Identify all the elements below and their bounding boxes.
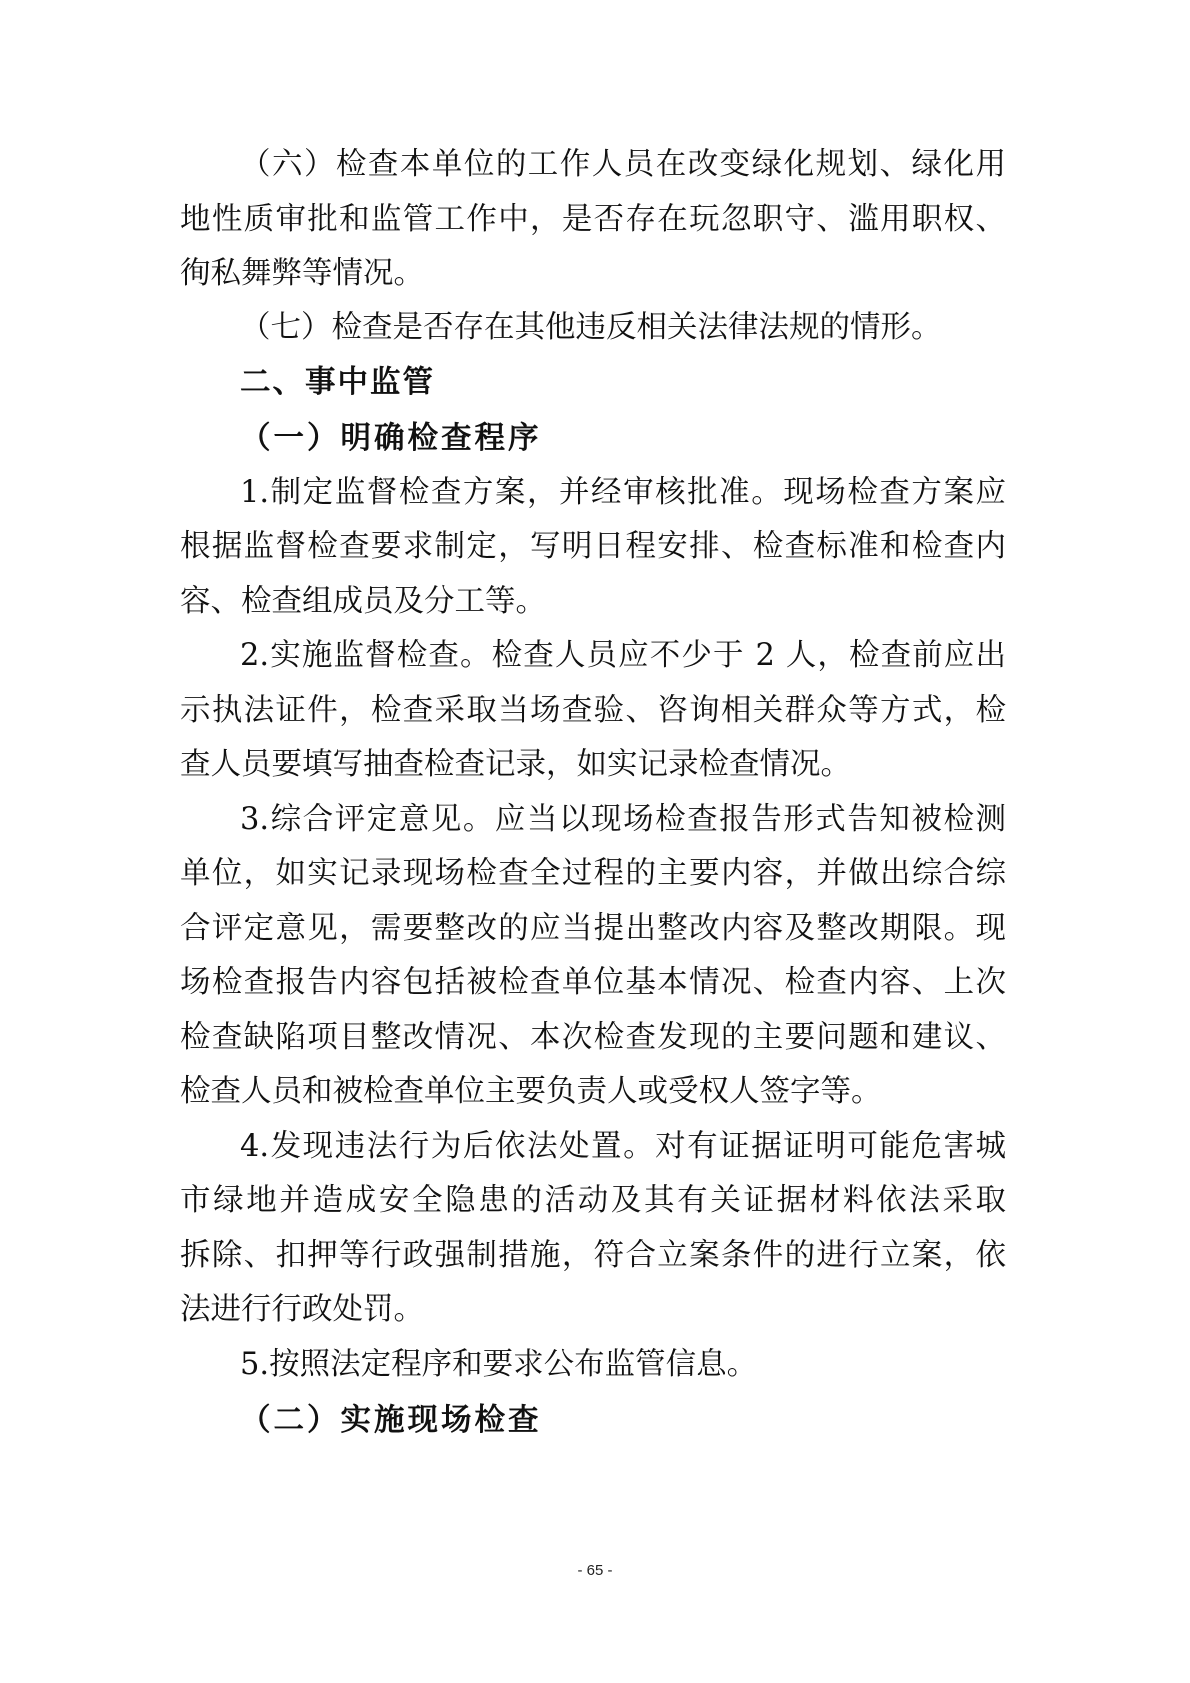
subsection-heading-2: （二）实施现场检查	[240, 1392, 1006, 1448]
subsection-heading-1: （一）明确检查程序	[240, 410, 1006, 466]
page-number: - 65 -	[0, 1562, 1190, 1579]
step-3-line-4: 场检查报告内容包括被检查单位基本情况、检查内容、上次	[180, 955, 1006, 1011]
step-4-line-2: 市绿地并造成安全隐患的活动及其有关证据材料依法采取	[180, 1173, 1006, 1229]
step-3-line-6: 检查人员和被检查单位主要负责人或受权人签字等。	[180, 1064, 1006, 1120]
step-4-line-3: 拆除、扣押等行政强制措施，符合立案条件的进行立案，依	[180, 1228, 1006, 1284]
step-1-line-2: 根据监督检查要求制定，写明日程安排、检查标准和检查内	[180, 519, 1006, 575]
step-2-line-2: 示执法证件，检查采取当场查验、咨询相关群众等方式，检	[180, 683, 1006, 739]
step-3-line-5: 检查缺陷项目整改情况、本次检查发现的主要问题和建议、	[180, 1010, 1006, 1066]
paragraph-item-6-line-3: 徇私舞弊等情况。	[180, 246, 1006, 302]
step-3-line-3: 合评定意见，需要整改的应当提出整改内容及整改期限。现	[180, 901, 1006, 957]
step-2-line-1: 2.实施监督检查。检查人员应不少于 2 人，检查前应出	[240, 628, 1006, 684]
paragraph-item-6-line-2: 地性质审批和监管工作中，是否存在玩忽职守、滥用职权、	[180, 192, 1006, 248]
document-page: （六）检查本单位的工作人员在改变绿化规划、绿化用 地性质审批和监管工作中，是否存…	[0, 0, 1190, 1683]
step-1-line-1: 1.制定监督检查方案，并经审核批准。现场检查方案应	[240, 465, 1006, 521]
step-4-line-4: 法进行行政处罚。	[180, 1282, 1006, 1338]
paragraph-item-7-line-1: （七）检查是否存在其他违反相关法律法规的情形。	[240, 300, 1006, 356]
step-3-line-1: 3.综合评定意见。应当以现场检查报告形式告知被检测	[240, 792, 1006, 848]
step-1-line-3: 容、检查组成员及分工等。	[180, 574, 1006, 630]
step-5-line-1: 5.按照法定程序和要求公布监管信息。	[240, 1337, 1006, 1393]
section-heading-2: 二、事中监管	[240, 355, 1006, 411]
step-2-line-3: 查人员要填写抽查检查记录，如实记录检查情况。	[180, 737, 1006, 793]
step-4-line-1: 4.发现违法行为后依法处置。对有证据证明可能危害城	[240, 1119, 1006, 1175]
paragraph-item-6-line-1: （六）检查本单位的工作人员在改变绿化规划、绿化用	[240, 137, 1006, 193]
step-3-line-2: 单位，如实记录现场检查全过程的主要内容，并做出综合综	[180, 846, 1006, 902]
